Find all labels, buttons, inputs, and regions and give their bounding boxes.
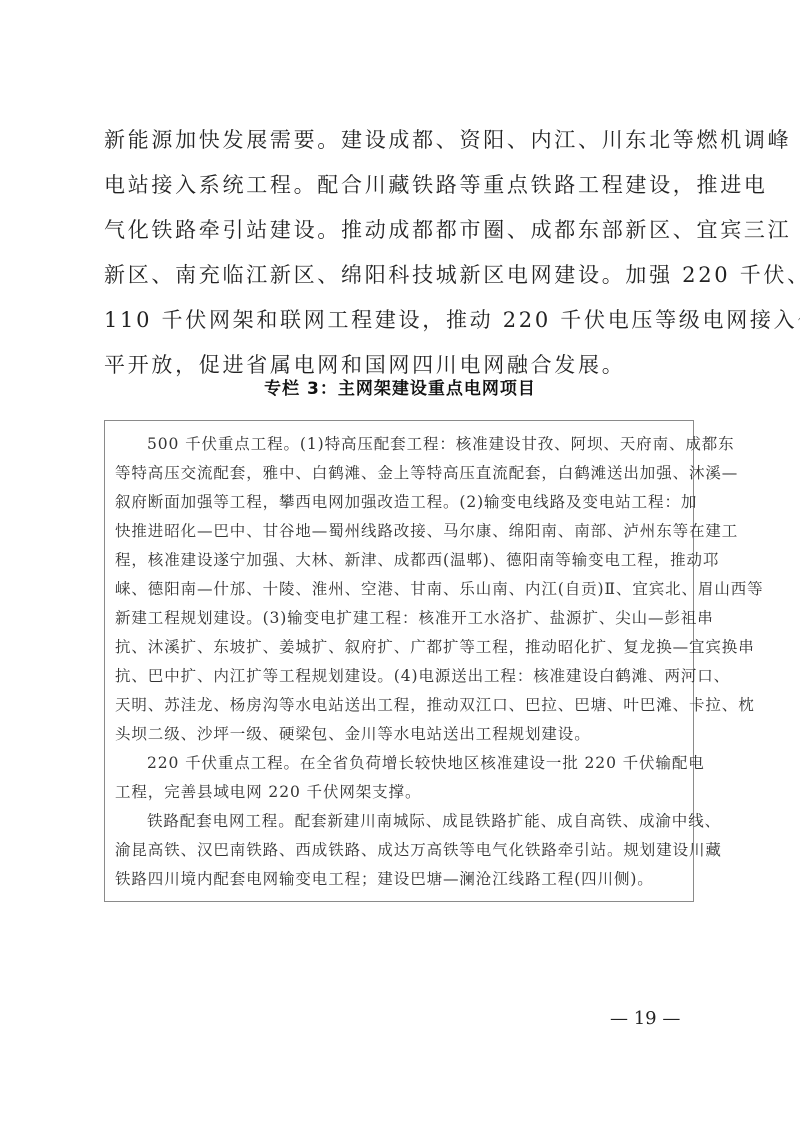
box-line: 崃、德阳南—什邡、十陵、淮州、空港、甘南、乐山南、内江(自贡)Ⅱ、宜宾北、眉山西… bbox=[115, 575, 687, 604]
box-line: 工程，完善县域电网 220 千伏网架支撑。 bbox=[115, 778, 687, 807]
box-line: 头坝二级、沙坪一级、硬梁包、金川等水电站送出工程规划建设。 bbox=[115, 720, 687, 749]
body-line: 气化铁路牵引站建设。推动成都都市圈、成都东部新区、宜宾三江 bbox=[104, 208, 698, 253]
body-line: 110 千伏网架和联网工程建设，推动 220 千伏电压等级电网接入公 bbox=[104, 298, 698, 343]
column-box-title: 专栏 3：主网架建设重点电网项目 bbox=[0, 374, 800, 399]
box-line: 快推进昭化—巴中、甘谷地—蜀州线路改接、马尔康、绵阳南、南部、泸州东等在建工 bbox=[115, 517, 687, 546]
body-line: 新能源加快发展需要。建设成都、资阳、内江、川东北等燃机调峰 bbox=[104, 118, 698, 163]
box-line: 铁路配套电网工程。配套新建川南城际、成昆铁路扩能、成自高铁、成渝中线、 bbox=[115, 807, 687, 836]
box-line: 等特高压交流配套，雅中、白鹤滩、金上等特高压直流配套，白鹤滩送出加强、沐溪— bbox=[115, 459, 687, 488]
box-line: 程，核准建设遂宁加强、大林、新津、成都西(温郫)、德阳南等输变电工程，推动邛 bbox=[115, 546, 687, 575]
body-paragraph: 新能源加快发展需要。建设成都、资阳、内江、川东北等燃机调峰 电站接入系统工程。配… bbox=[104, 118, 698, 388]
box-line: 叙府断面加强等工程，攀西电网加强改造工程。(2)输变电线路及变电站工程：加 bbox=[115, 488, 687, 517]
body-line: 新区、南充临江新区、绵阳科技城新区电网建设。加强 220 千伏、 bbox=[104, 253, 698, 298]
box-line: 天明、苏洼龙、杨房沟等水电站送出工程，推动双江口、巴拉、巴塘、叶巴滩、卡拉、枕 bbox=[115, 691, 687, 720]
box-line: 新建工程规划建设。(3)输变电扩建工程：核准开工水洛扩、盐源扩、尖山—彭祖串 bbox=[115, 604, 687, 633]
column-box: 500 千伏重点工程。(1)特高压配套工程：核准建设甘孜、阿坝、天府南、成都东 … bbox=[104, 420, 694, 902]
box-line: 500 千伏重点工程。(1)特高压配套工程：核准建设甘孜、阿坝、天府南、成都东 bbox=[115, 430, 687, 459]
column-box-content: 500 千伏重点工程。(1)特高压配套工程：核准建设甘孜、阿坝、天府南、成都东 … bbox=[115, 430, 687, 894]
body-line: 电站接入系统工程。配合川藏铁路等重点铁路工程建设，推进电 bbox=[104, 163, 698, 208]
document-page: 新能源加快发展需要。建设成都、资阳、内江、川东北等燃机调峰 电站接入系统工程。配… bbox=[0, 0, 800, 1131]
box-line: 铁路四川境内配套电网输变电工程；建设巴塘—澜沧江线路工程(四川侧)。 bbox=[115, 865, 687, 894]
box-line: 220 千伏重点工程。在全省负荷增长较快地区核准建设一批 220 千伏输配电 bbox=[115, 749, 687, 778]
box-line: 抗、巴中扩、内江扩等工程规划建设。(4)电源送出工程：核准建设白鹤滩、两河口、 bbox=[115, 662, 687, 691]
box-line: 抗、沐溪扩、东坡扩、姜城扩、叙府扩、广都扩等工程，推动昭化扩、复龙换—宜宾换串 bbox=[115, 633, 687, 662]
box-line: 渝昆高铁、汉巴南铁路、西成铁路、成达万高铁等电气化铁路牵引站。规划建设川藏 bbox=[115, 836, 687, 865]
page-number: — 19 — bbox=[610, 1008, 680, 1029]
